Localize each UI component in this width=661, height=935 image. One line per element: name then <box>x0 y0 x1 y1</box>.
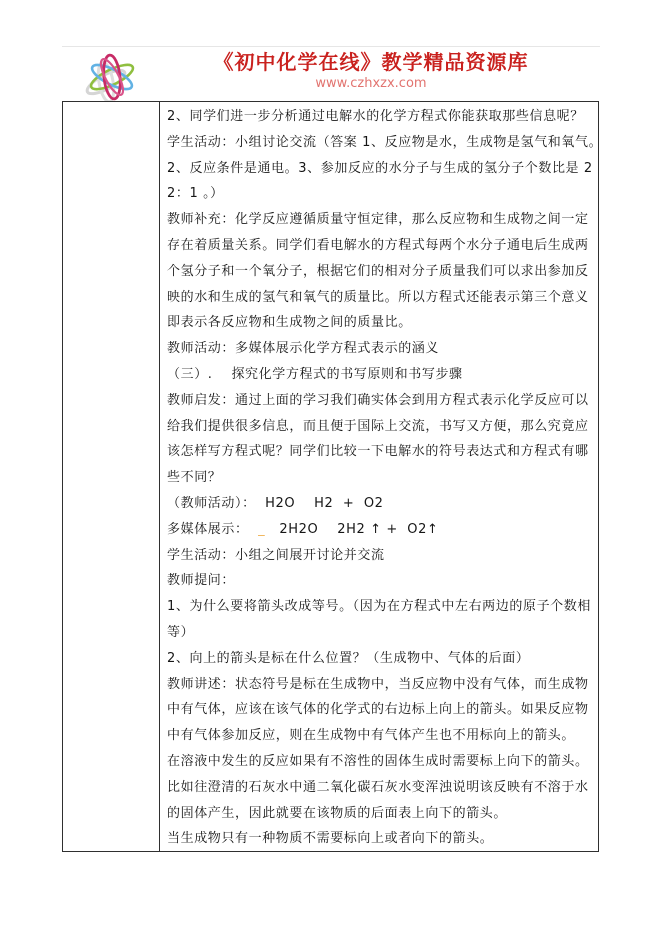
text-line: （三）. 探究化学方程式的书写原则和书写步骤 <box>167 362 594 388</box>
text-line: 教师讲述：状态符号是标在生成物中，当反应物中没有气体，而生成物 <box>167 672 594 698</box>
text-line: （教师活动）： H2O H2 + O2 <box>167 491 594 517</box>
text-line: 教师启发：通过上面的学习我们确实体会到用方程式表示化学反应可以 <box>167 388 594 414</box>
text-line: 教师提问： <box>167 568 594 594</box>
text-line: 比如往澄清的石灰水中通二氧化碳石灰水变浑浊说明该反映有不溶于水 <box>167 775 594 801</box>
text-line: 些不同？ <box>167 465 594 491</box>
text-line: 当生成物只有一种物质不需要标向上或者向下的箭头。 <box>167 826 594 851</box>
text-line: 即表示各反应物和生成物之间的质量比。 <box>167 310 594 336</box>
text-line: 存在着质量关系。同学们看电解水的方程式每两个水分子通电后生成两 <box>167 233 594 259</box>
text-line: 学生活动：小组之间展开讨论并交流 <box>167 543 594 569</box>
text-line: 教师补充：化学反应遵循质量守恒定律，那么反应物和生成物之间一定 <box>167 207 594 233</box>
text-line: 学生活动：小组讨论交流（答案 1、反应物是水，生成物是氢气和氧气。 <box>167 130 594 156</box>
text-line: 的固体产生，因此就要在该物质的后面表上向下的箭头。 <box>167 801 594 827</box>
text-line: 中有气体，应该在该气体的化学式的右边标上向上的箭头。如果反应物 <box>167 697 594 723</box>
text-line: 1、为什么要将箭头改成等号。（因为在方程式中左右两边的原子个数相 <box>167 594 594 620</box>
text-line: 在溶液中发生的反应如果有不溶性的固体生成时需要标上向下的箭头。 <box>167 749 594 775</box>
text-line: 给我们提供很多信息，而且便于国际上交流，书写又方便，那么究竟应 <box>167 414 594 440</box>
atom-logo-icon <box>82 51 142 103</box>
table-content-cell: 2、同学们进一步分析通过电解水的化学方程式你能获取那些信息呢？学生活动：小组讨论… <box>160 102 598 851</box>
text-line: 多媒体展示： _ 2H2O 2H2 ↑ + O2↑ <box>167 517 594 543</box>
text-line: 映的水和生成的氢气和氧气的质量比。所以方程式还能表示第三个意义 <box>167 285 594 311</box>
lesson-table: 2、同学们进一步分析通过电解水的化学方程式你能获取那些信息呢？学生活动：小组讨论… <box>62 101 599 852</box>
header-text: 《初中化学在线》教学精品资源库 www.czhxzx.com <box>172 49 570 92</box>
header: 《初中化学在线》教学精品资源库 www.czhxzx.com <box>62 46 600 97</box>
text-line: 2、反应条件是通电。3、参加反应的水分子与生成的氢分子个数比是 2： <box>167 156 594 182</box>
text-line: 中有气体参加反应，则在生成物中有气体产生也不用标向上的箭头。 <box>167 723 594 749</box>
text-line: 教师活动：多媒体展示化学方程式表示的涵义 <box>167 336 594 362</box>
text-line: 等） <box>167 620 594 646</box>
text-line: 2、向上的箭头是标在什么位置？（生成物中、气体的后面） <box>167 646 594 672</box>
text-line: 该怎样写方程式呢？同学们比较一下电解水的符号表达式和方程式有哪 <box>167 439 594 465</box>
text-line: 2：1 。） <box>167 181 594 207</box>
table-left-cell <box>63 102 160 851</box>
text-line: 个氢分子和一个氧分子，根据它们的相对分子质量我们可以求出参加反 <box>167 259 594 285</box>
site-url: www.czhxzx.com <box>172 76 570 92</box>
site-title: 《初中化学在线》教学精品资源库 <box>172 49 570 75</box>
text-line: 2、同学们进一步分析通过电解水的化学方程式你能获取那些信息呢？ <box>167 104 594 130</box>
